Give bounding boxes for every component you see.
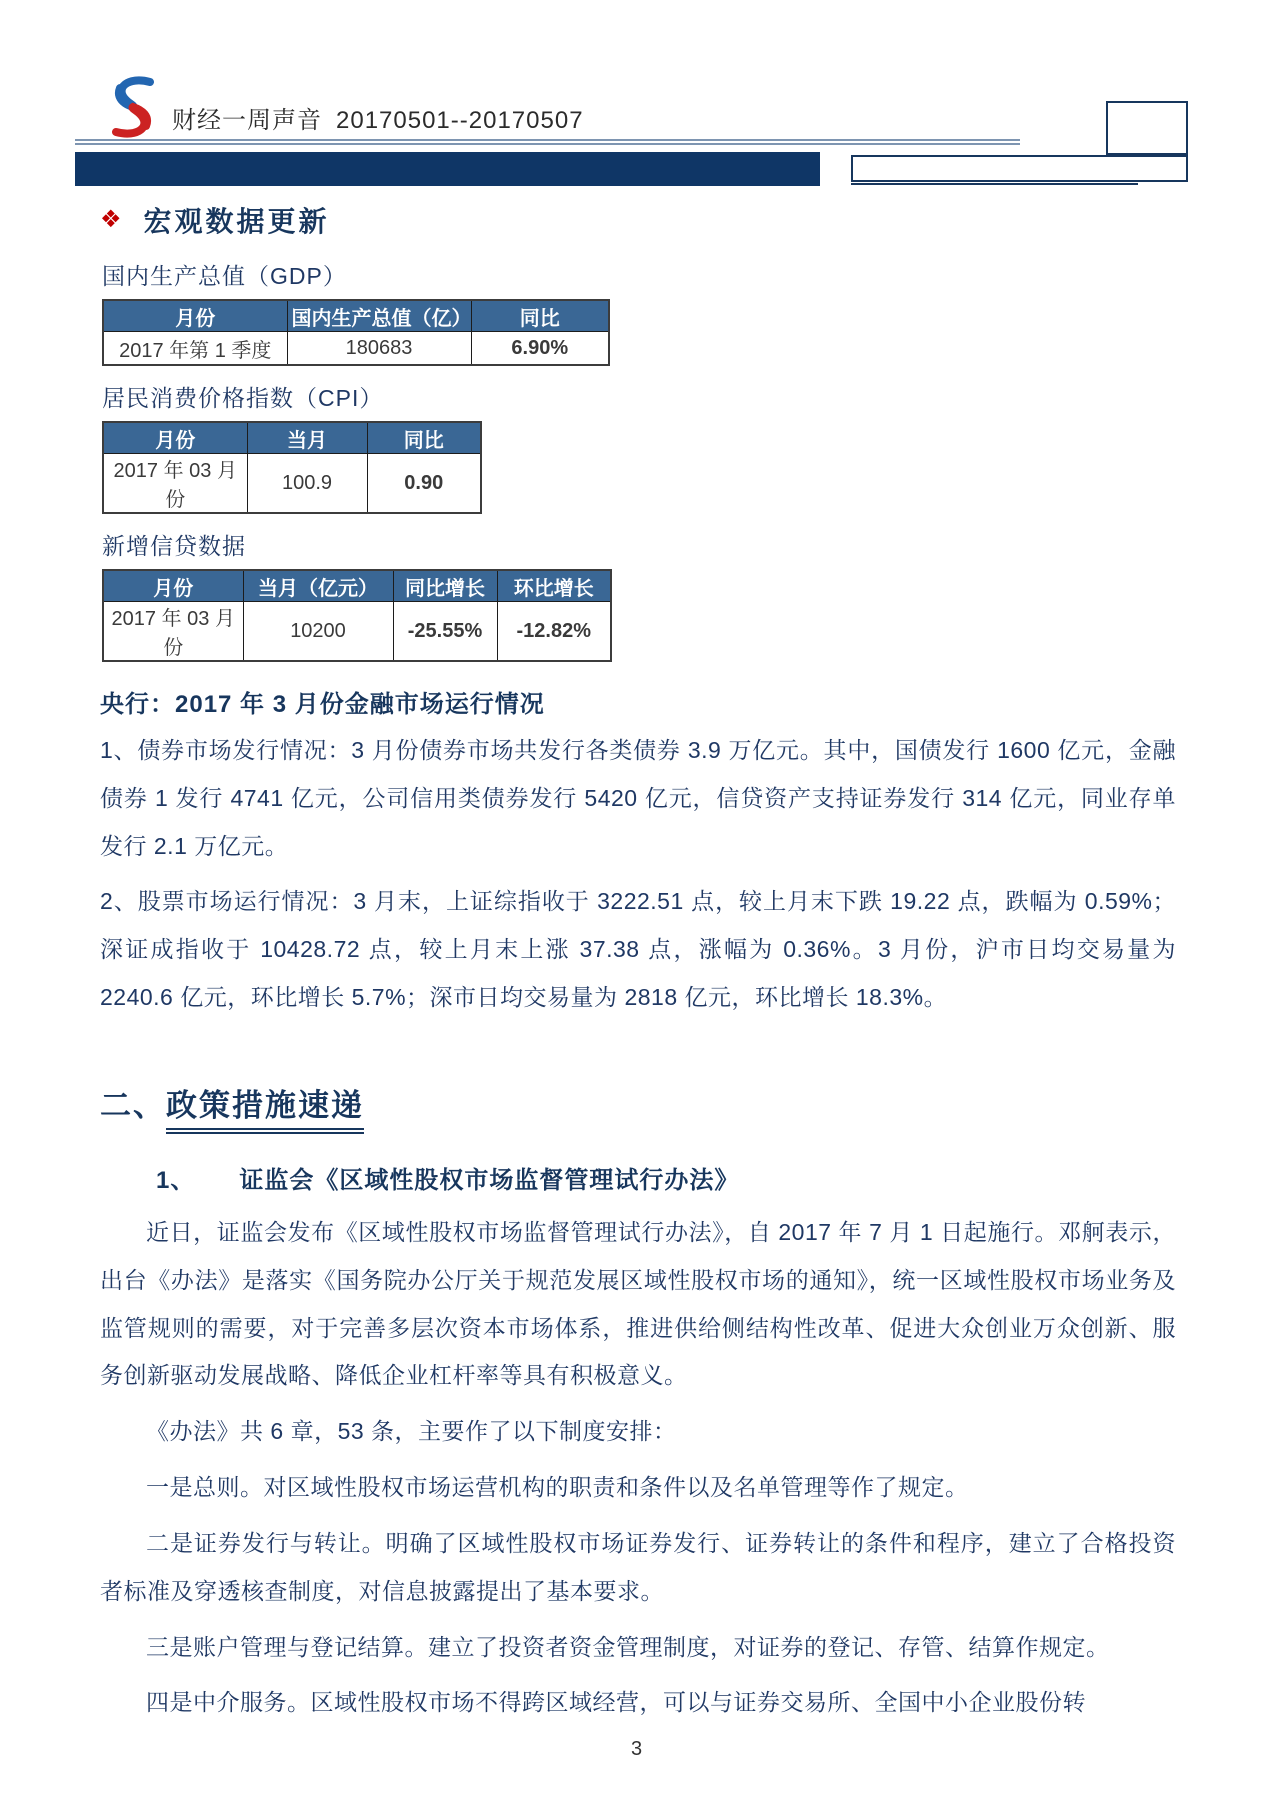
table-header-cell: 环比增长 [497,570,611,602]
paragraph-policy-point3: 三是账户管理与登记结算。建立了投资者资金管理制度，对证券的登记、存管、结算作规定… [100,1624,1176,1672]
table-header-cell: 月份 [103,300,287,332]
cpi-table-label: 居民消费价格指数（CPI） [102,380,1176,413]
table-cell-yoy: 0.90 [367,454,481,514]
table-header-row: 月份 国内生产总值（亿） 同比 [103,300,609,332]
gdp-table-label: 国内生产总值（GDP） [102,258,1176,291]
table-header-row: 月份 当月 同比 [103,422,481,454]
section-policy-heading: 二、政策措施速递 [100,1080,1176,1134]
central-bank-heading: 央行：2017 年 3 月份金融市场运行情况 [100,684,1176,719]
section-title: 政策措施速递 [166,1080,364,1134]
section-number: 二、 [100,1088,166,1123]
table-row: 2017 年第 1 季度 180683 6.90% [103,332,609,366]
paragraph-bond-market: 1、债券市场发行情况：3 月份债券市场共发行各类债券 3.9 万亿元。其中，国债… [100,727,1176,870]
header-decoration-box-top [1106,101,1188,155]
item-number: 1、 [156,1167,195,1194]
section-title: 宏观数据更新 [144,200,330,240]
paragraph-policy-structure: 《办法》共 6 章，53 条，主要作了以下制度安排： [100,1408,1176,1456]
company-logo-icon [104,76,162,138]
table-header-cell: 月份 [103,422,247,454]
table-cell-mom-growth: -12.82% [497,602,611,662]
table-header-cell: 同比增长 [393,570,497,602]
header-date-range: 20170501--20170507 [336,107,584,134]
section-macro-data-heading: ❖ 宏观数据更新 [100,200,1176,240]
header-decoration-box-bottom [851,155,1188,182]
table-header-cell: 同比 [471,300,609,332]
header-navy-bar [75,152,820,186]
table-cell: 2017 年 03 月份 [103,602,243,662]
brand-name: 财经一周声音 [172,107,322,134]
table-cell: 180683 [287,332,471,366]
table-row: 2017 年 03 月份 100.9 0.90 [103,454,481,514]
document-body: ❖ 宏观数据更新 国内生产总值（GDP） 月份 国内生产总值（亿） 同比 201… [100,196,1176,1735]
paragraph-stock-market: 2、股票市场运行情况：3 月末，上证综指收于 3222.51 点，较上月末下跌 … [100,878,1176,1021]
table-header-cell: 同比 [367,422,481,454]
item-title: 证监会《区域性股权市场监督管理试行办法》 [239,1167,739,1194]
page-number: 3 [0,1738,1273,1761]
table-header-cell: 当月（亿元） [243,570,393,602]
credit-table-label: 新增信贷数据 [102,528,1176,561]
section-policy: 二、政策措施速递 1、证监会《区域性股权市场监督管理试行办法》 近日，证监会发布… [100,1080,1176,1727]
table-cell: 2017 年 03 月份 [103,454,247,514]
table-cell: 100.9 [247,454,367,514]
table-header-cell: 当月 [247,422,367,454]
paragraph-policy-point2: 二是证券发行与转让。明确了区域性股权市场证券发行、证券转让的条件和程序，建立了合… [100,1520,1176,1616]
document-page: 财经一周声音20170501--20170507 ❖ 宏观数据更新 国内生产总值… [0,0,1273,1800]
paragraph-policy-intro: 近日，证监会发布《区域性股权市场监督管理试行办法》，自 2017 年 7 月 1… [100,1209,1176,1400]
paragraph-policy-point1: 一是总则。对区域性股权市场运营机构的职责和条件以及名单管理等作了规定。 [100,1464,1176,1512]
table-header-row: 月份 当月（亿元） 同比增长 环比增长 [103,570,611,602]
table-cell-yoy: 6.90% [471,332,609,366]
cpi-table: 月份 当月 同比 2017 年 03 月份 100.9 0.90 [102,421,482,514]
header-decoration-line [851,183,1138,185]
table-cell: 10200 [243,602,393,662]
table-header-cell: 国内生产总值（亿） [287,300,471,332]
header-title: 财经一周声音20170501--20170507 [172,100,584,135]
page-header: 财经一周声音20170501--20170507 [0,0,1273,190]
table-cell-yoy-growth: -25.55% [393,602,497,662]
gdp-table: 月份 国内生产总值（亿） 同比 2017 年第 1 季度 180683 6.90… [102,299,610,366]
paragraph-policy-point4: 四是中介服务。区域性股权市场不得跨区域经营，可以与证券交易所、全国中小企业股份转 [100,1679,1176,1727]
credit-table: 月份 当月（亿元） 同比增长 环比增长 2017 年 03 月份 10200 -… [102,569,612,662]
diamond-bullet-icon: ❖ [100,208,122,232]
table-cell: 2017 年第 1 季度 [103,332,287,366]
policy-item-heading: 1、证监会《区域性股权市场监督管理试行办法》 [156,1160,1176,1195]
header-rule [75,139,1020,145]
table-header-cell: 月份 [103,570,243,602]
table-row: 2017 年 03 月份 10200 -25.55% -12.82% [103,602,611,662]
